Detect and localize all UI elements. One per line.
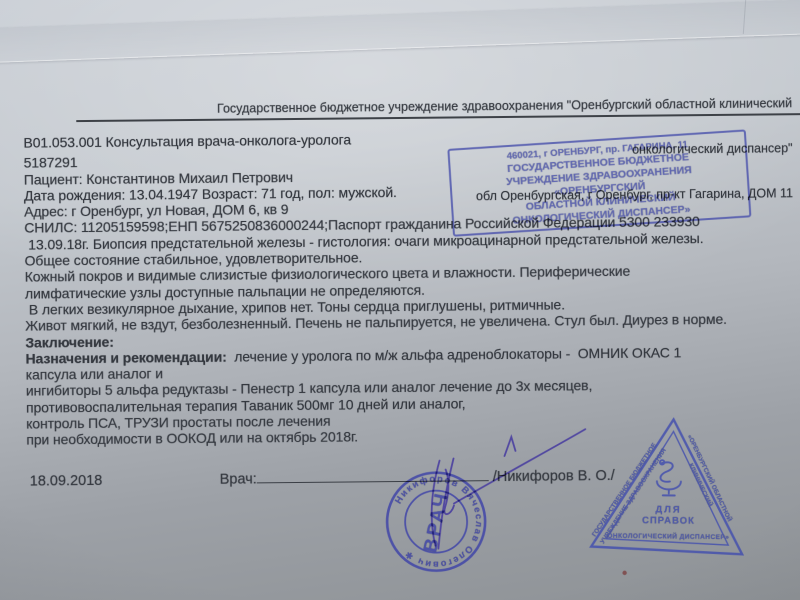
- ink-speck: [622, 571, 626, 575]
- photo-of-document: { "photo": { "paper_color": "#c3c8ce", "…: [0, 0, 800, 600]
- doctor-label: Врач:: [220, 471, 257, 487]
- recommendations-label: Назначения и рекомендации:: [25, 349, 226, 367]
- round-doctor-stamp: Никифоров Вячеслав Олегович ✱ ВРАЧ: [365, 451, 506, 592]
- document-page: Государственное бюджетное учреждение здр…: [0, 0, 800, 600]
- triangle-center-text-2: СПРАВОК: [642, 515, 695, 527]
- triangle-right-text-1: «ОРЕНБУРГСКИЙ ОБЛАСТНОЙ: [686, 433, 734, 523]
- triangle-center-text-1: ДЛЯ: [655, 504, 681, 515]
- document-date: 18.09.2018: [30, 473, 116, 490]
- triangle-bottom-text: ОНКОЛОГИЧЕСКИЙ ДИСПАНСЕР»: [607, 531, 729, 541]
- signature-row: 18.09.2018 Врач: /Никифоров В. О./: [30, 465, 615, 490]
- bowl-of-hygieia-icon: [657, 460, 681, 495]
- round-stamp-center-text: ВРАЧ: [420, 489, 453, 554]
- triangle-left-text-2: УЧРЕЖДЕНИЕ ЗДРАВООХРАНЕНИЯ: [599, 447, 668, 545]
- triangular-stamp: ГОСУДАРСТВЕННОЕ БЮДЖЕТНОЕ УЧРЕЖДЕНИЕ ЗДР…: [584, 414, 753, 566]
